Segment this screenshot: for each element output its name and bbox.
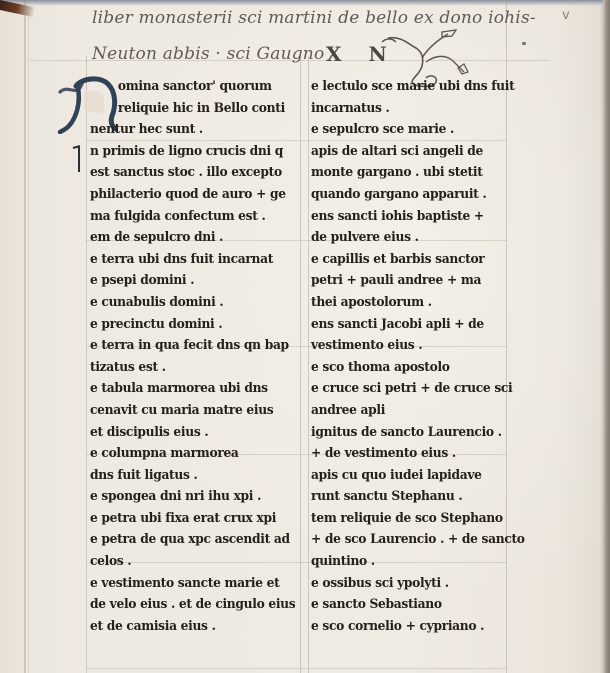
text-line: e cunabulis domini . <box>90 292 276 314</box>
text-line: e ossibus sci ypolyti . <box>311 573 492 595</box>
text-line: e petra ubi fixa erat crux xpi <box>90 508 276 530</box>
text-line: apis cu quo iudei lapidave <box>311 465 492 487</box>
text-line: e terra ubi dns fuit incarnat <box>90 249 276 271</box>
corner-check-mark: v <box>562 8 570 23</box>
text-line: tem reliquie de sco Stephano <box>311 508 492 530</box>
text-line: + de vestimento eius . <box>311 443 492 465</box>
top-edge-shadow <box>0 0 610 6</box>
page-right-edge <box>603 0 610 673</box>
manuscript-page: liber monasterii sci martini de bello ex… <box>0 0 610 673</box>
text-line: e vestimento sancte marie et <box>90 573 276 595</box>
text-line: e petra de qua xpc ascendit ad <box>90 529 276 551</box>
ownership-inscription-line-2: Neuton abbis · sci Gaugno <box>92 44 324 64</box>
text-line: e capillis et barbis sanctor <box>311 249 492 271</box>
text-line: e sancto Sebastiano <box>311 594 492 616</box>
ruling-left-margin <box>86 56 87 673</box>
text-line: + de sco Laurencio . + de sancto <box>311 529 492 551</box>
text-line: ens sancti Jacobi apli + de <box>311 314 492 336</box>
text-line: cenavit cu maria matre eius <box>90 400 276 422</box>
text-line: e sepulcro sce marie . <box>311 119 492 141</box>
text-line: e sco cornelio + cypriano . <box>311 616 492 638</box>
text-line: omina sanctor' quorum <box>90 76 276 98</box>
text-line: de velo eius . et de cingulo eius <box>90 594 276 616</box>
text-line: runt sanctu Stephanu . <box>311 486 492 508</box>
text-line: apis de altari sci angeli de <box>311 141 492 163</box>
ruling-line <box>86 668 506 669</box>
text-line: andree apli <box>311 400 492 422</box>
text-line: reliquie hic in Bello conti <box>90 98 276 120</box>
text-line: petri + pauli andree + ma <box>311 270 492 292</box>
text-line: vestimento eius . <box>311 335 492 357</box>
text-line: tizatus est . <box>90 357 276 379</box>
text-column-right: e lectulo sce marie ubi dns fuit incarna… <box>311 76 506 637</box>
text-line: est sanctus stoc . illo excepto <box>90 162 276 184</box>
text-line: quintino . <box>311 551 492 573</box>
text-line: et discipulis eius . <box>90 422 276 444</box>
text-line: e terra in qua fecit dns qn bap <box>90 335 276 357</box>
text-line: nentur hec sunt . <box>90 119 276 141</box>
gutter-fold-line-secondary <box>28 0 29 673</box>
ruling-column-divider-left <box>300 56 301 673</box>
text-line: philacterio quod de auro + ge <box>90 184 276 206</box>
text-line: e precinctu domini . <box>90 314 276 336</box>
text-line: et de camisia eius . <box>90 616 276 638</box>
text-line: de pulvere eius . <box>311 227 492 249</box>
gutter-fold-line <box>24 0 26 673</box>
text-line: ignitus de sancto Laurencio . <box>311 422 492 444</box>
text-line: n primis de ligno crucis dni q <box>90 141 276 163</box>
text-line: e psepi domini . <box>90 270 276 292</box>
text-line: monte gargano . ubi stetit <box>311 162 492 184</box>
text-line: e sco thoma apostolo <box>311 357 492 379</box>
text-line: e columpna marmorea <box>90 443 276 465</box>
text-line: e spongea dni nri ihu xpi . <box>90 486 276 508</box>
text-line: e lectulo sce marie ubi dns fuit <box>311 76 492 98</box>
text-line: em de sepulcro dni . <box>90 227 276 249</box>
text-line: e cruce sci petri + de cruce sci <box>311 378 492 400</box>
text-line: ma fulgida confectum est . <box>90 206 276 228</box>
ruling-right-margin <box>506 0 507 673</box>
text-line: thei apostolorum . <box>311 292 492 314</box>
text-column-left: omina sanctor' quorum reliquie hic in Be… <box>90 76 290 637</box>
margin-dot <box>522 42 526 45</box>
ownership-inscription-line-1: liber monasterii sci martini de bello ex… <box>92 8 536 28</box>
text-line: e tabula marmorea ubi dns <box>90 378 276 400</box>
text-line: celos . <box>90 551 276 573</box>
text-line: ens sancti iohis baptiste + <box>311 206 492 228</box>
paragraph-mark-icon <box>72 145 82 173</box>
text-line: incarnatus . <box>311 98 492 120</box>
text-line: dns fuit ligatus . <box>90 465 276 487</box>
text-line: quando gargano apparuit . <box>311 184 492 206</box>
ruling-column-divider-right <box>308 56 309 673</box>
